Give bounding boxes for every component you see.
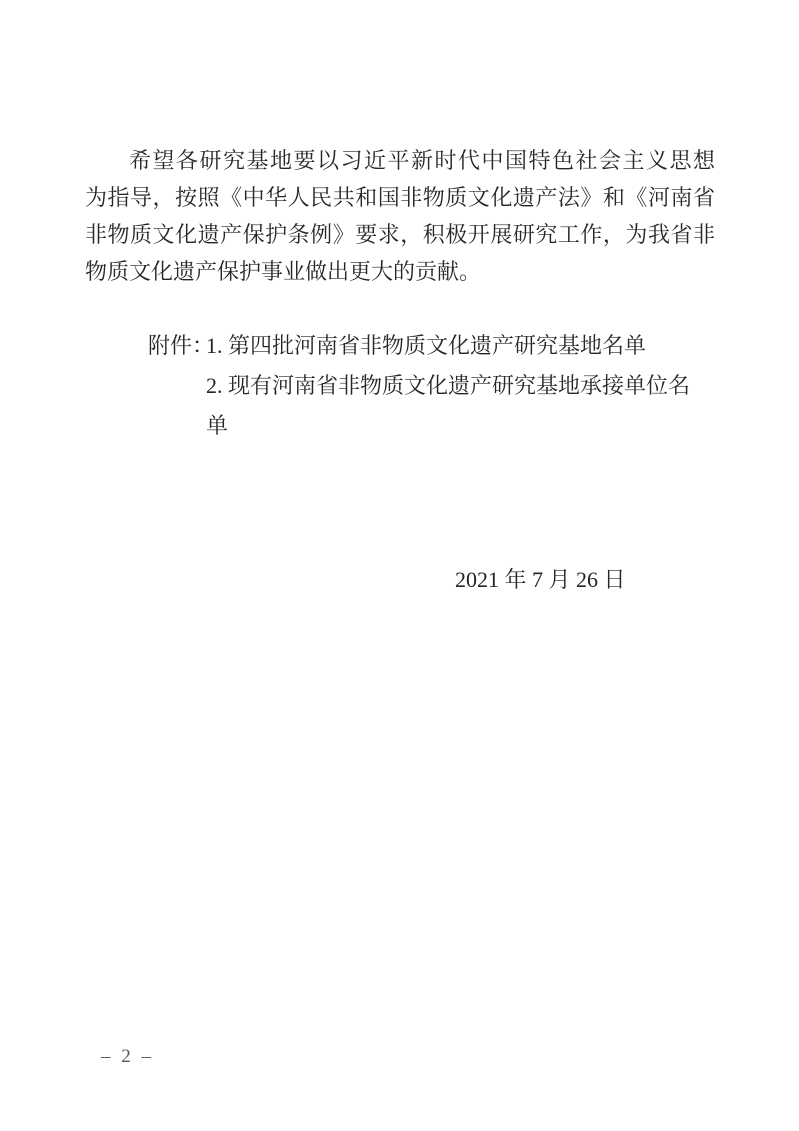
paragraph-line: 为指导，按照《中华人民共和国非物质文化遗产法》和《河南省 [85, 179, 715, 216]
body-paragraph: 希望各研究基地要以习近平新时代中国特色社会主义思想 为指导，按照《中华人民共和国… [85, 142, 715, 290]
page-number: – 2 – [101, 1045, 154, 1069]
attachment-block: 附件： 1. 第四批河南省非物质文化遗产研究基地名单 2. 现有河南省非物质文化… [148, 326, 701, 446]
attachment-item: 2. 现有河南省非物质文化遗产研究基地承接单位名单 [206, 366, 701, 446]
attachment-list: 1. 第四批河南省非物质文化遗产研究基地名单 2. 现有河南省非物质文化遗产研究… [206, 326, 701, 446]
paragraph-line: 希望各研究基地要以习近平新时代中国特色社会主义思想 [85, 142, 715, 179]
paragraph-line: 非物质文化遗产保护条例》要求，积极开展研究工作，为我省非 [85, 216, 715, 253]
document-page: 希望各研究基地要以习近平新时代中国特色社会主义思想 为指导，按照《中华人民共和国… [0, 0, 799, 1131]
attachment-item: 1. 第四批河南省非物质文化遗产研究基地名单 [206, 326, 701, 366]
paragraph-line: 物质文化遗产保护事业做出更大的贡献。 [85, 253, 715, 290]
attachment-label: 附件： [148, 326, 214, 366]
document-date: 2021 年 7 月 26 日 [455, 566, 626, 594]
